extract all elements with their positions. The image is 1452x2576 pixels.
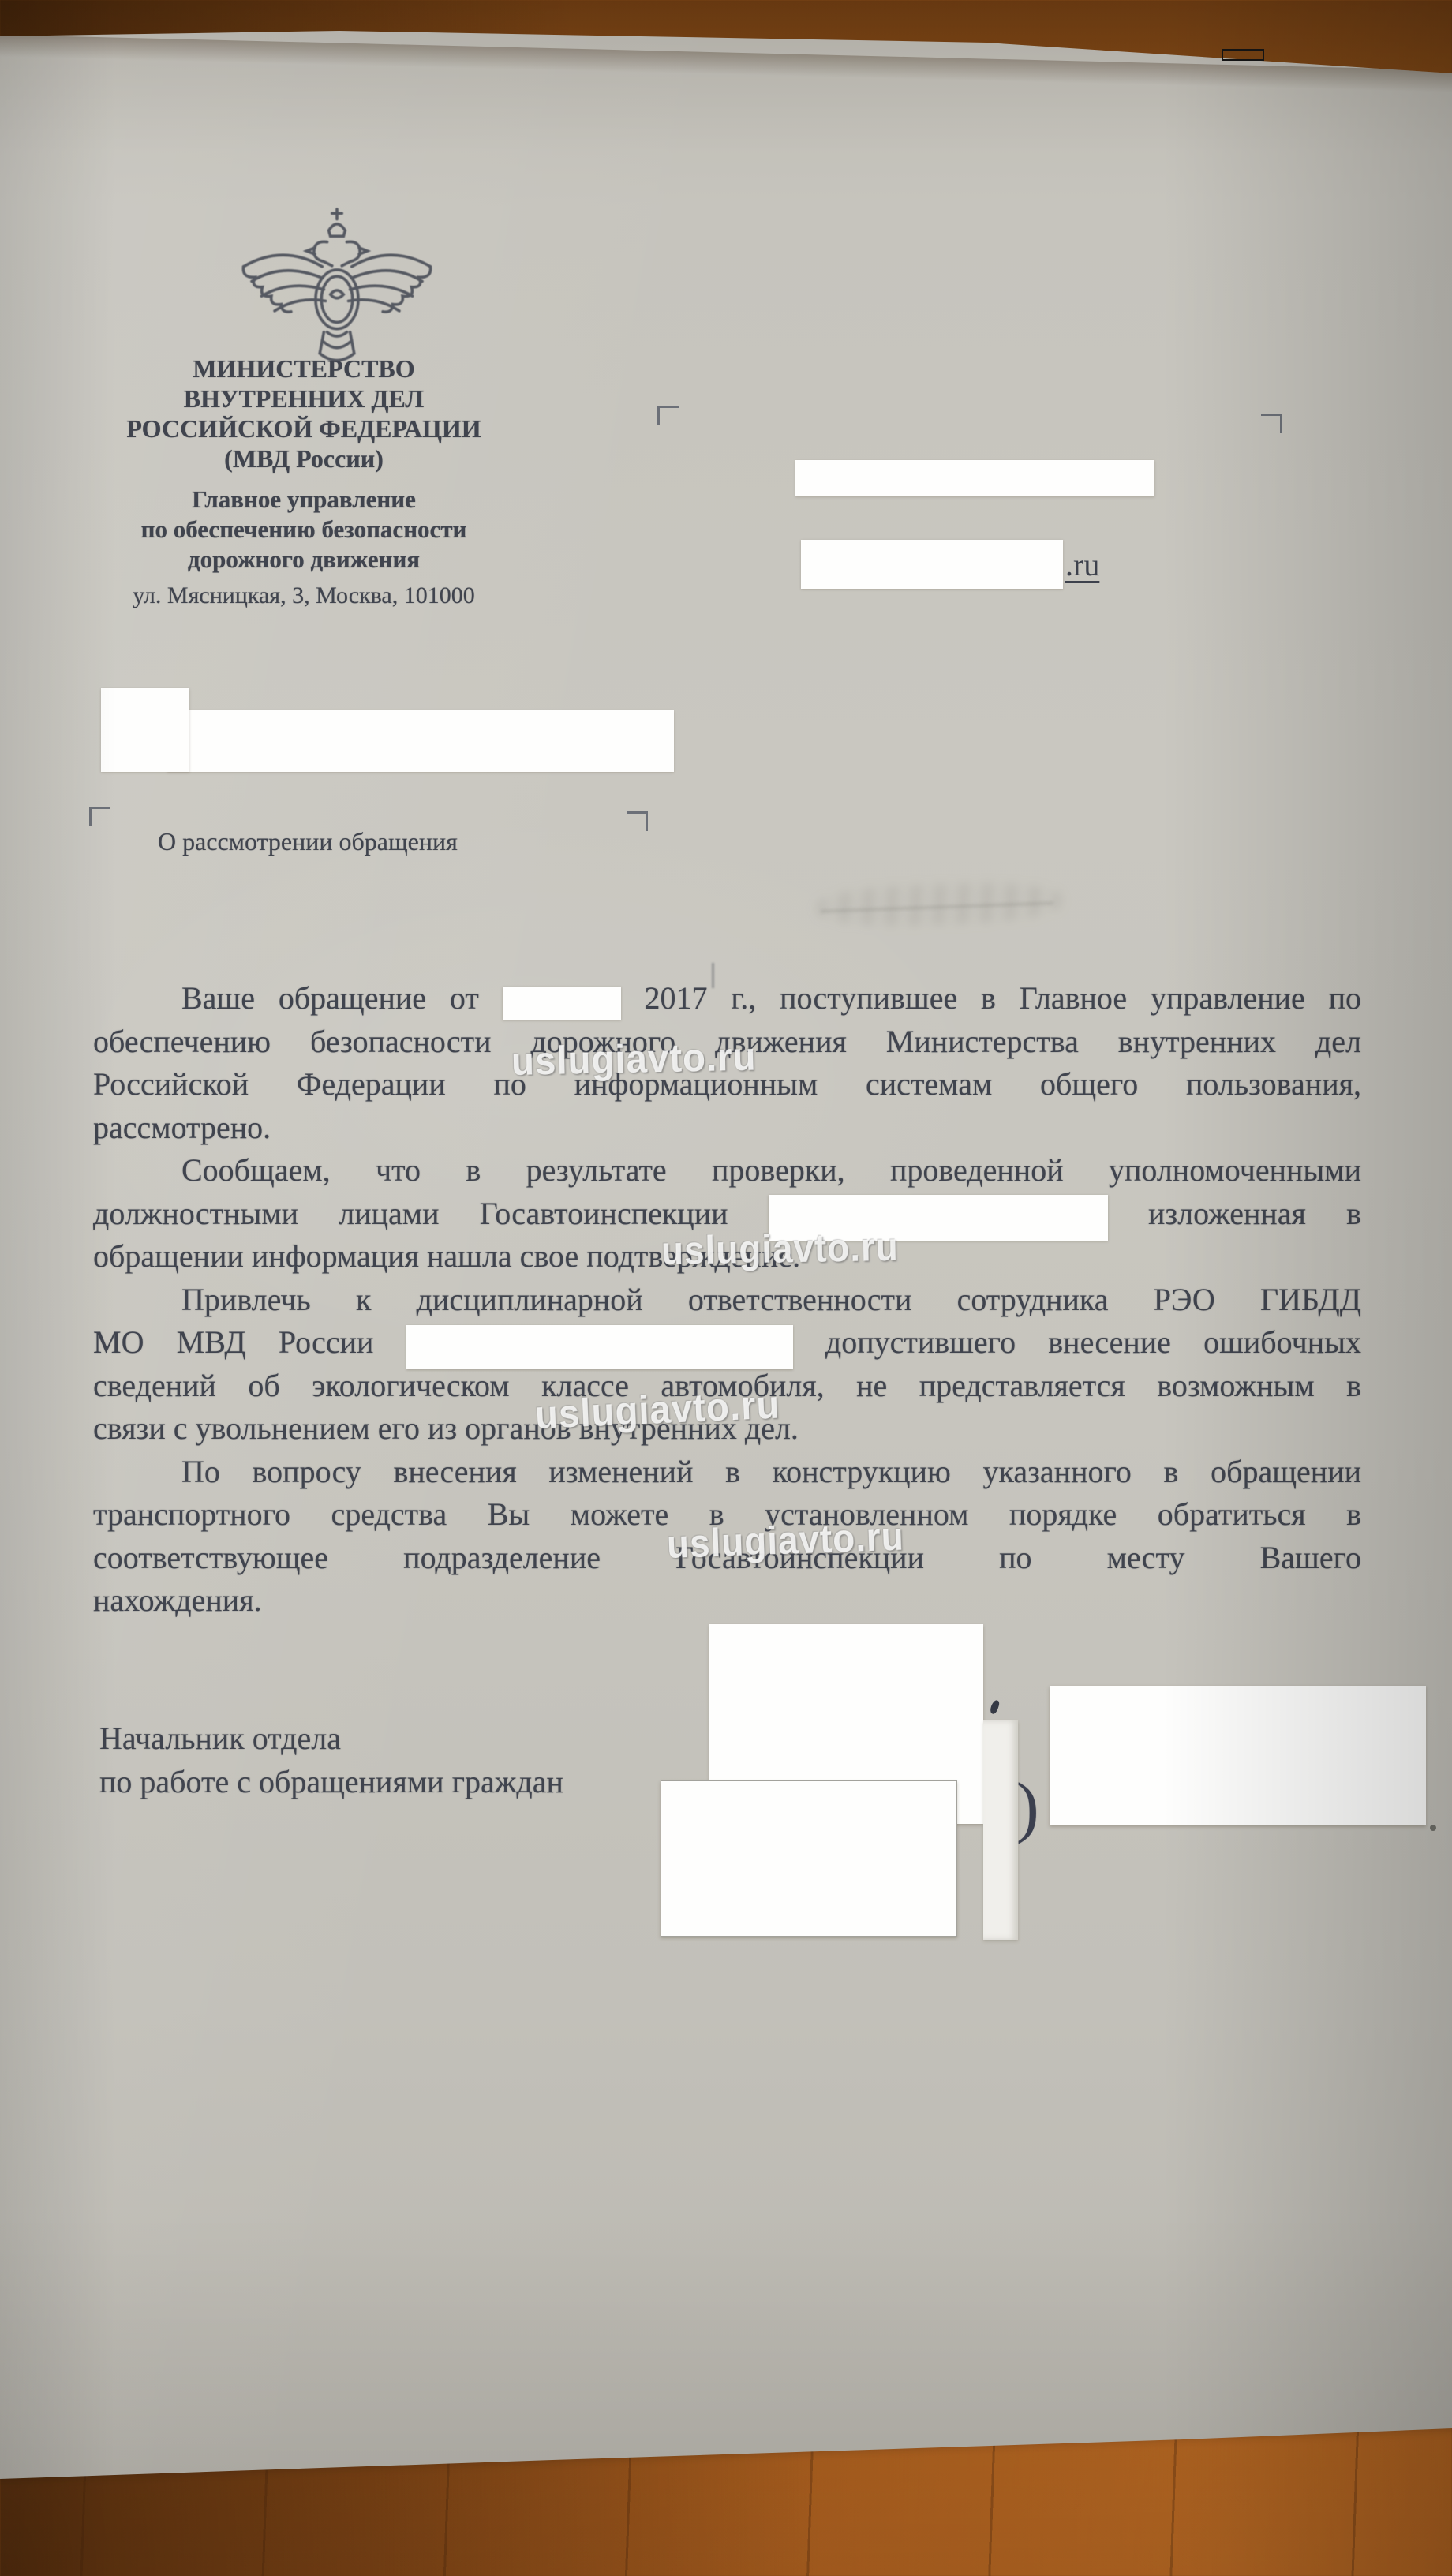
- field-corner-mark: [89, 807, 110, 826]
- redaction-recipient-line: [795, 460, 1154, 496]
- letterhead-address: ул. Мясницкая, 3, Москва, 101000: [75, 582, 533, 610]
- text-line: РОССИЙСКОЙ ФЕДЕРАЦИИ: [75, 414, 533, 444]
- redacted-date: [503, 987, 621, 1020]
- department-name: Главное управлениепо обеспечению безопас…: [75, 485, 533, 575]
- body-line: нахождения.: [93, 1579, 1361, 1623]
- body-line: Ваше обращение от 2017 г., поступившее в…: [93, 977, 1361, 1020]
- text-line: по работе с обращениями граждан: [99, 1761, 563, 1804]
- field-corner-mark: [627, 811, 648, 831]
- text-line: МИНИСТЕРСТВО: [75, 354, 533, 384]
- text-line: Главное управление: [75, 485, 533, 515]
- body-text: МО МВД России: [93, 1324, 373, 1360]
- body-text: Ваше обращение от: [181, 980, 479, 1016]
- text-line: (МВД России): [75, 444, 533, 474]
- body-text: По вопросу внесения изменений в конструк…: [181, 1454, 1361, 1489]
- site-watermark: uslugiavto.ru: [511, 1034, 757, 1084]
- body-text: нахождения.: [93, 1582, 262, 1618]
- body-text: допустившего внесение ошибочных: [825, 1324, 1361, 1360]
- pen-speck: [989, 1699, 1000, 1715]
- redaction-signer-name: [1050, 1686, 1426, 1825]
- site-watermark: uslugiavto.ru: [666, 1514, 905, 1567]
- photo-of-letter: МИНИСТЕРСТВОВНУТРЕННИХ ДЕЛРОССИЙСКОЙ ФЕД…: [0, 0, 1452, 2576]
- site-watermark: uslugiavto.ru: [661, 1224, 899, 1274]
- email-fragment: .ru: [1065, 546, 1099, 583]
- redaction-outgoing-stamp: [101, 688, 189, 772]
- text-line: дорожного движения: [75, 545, 533, 575]
- text-line: Начальник отдела: [99, 1717, 563, 1761]
- redaction-stamp-area: [661, 1780, 957, 1937]
- body-line: МО МВД России допустившего внесение ошиб…: [93, 1321, 1361, 1365]
- redaction-strip: [983, 1720, 1018, 1940]
- body-text: должностными лицами Госавтоинспекции: [93, 1196, 728, 1231]
- field-corner-mark: [1261, 414, 1282, 433]
- dust-speck: [1430, 1825, 1436, 1831]
- redacted-name: [406, 1325, 793, 1369]
- redaction-outgoing-number: [167, 710, 674, 772]
- body-text: рассмотрено.: [93, 1110, 271, 1145]
- field-corner-mark: [657, 406, 679, 425]
- document-sheet: МИНИСТЕРСТВОВНУТРЕННИХ ДЕЛРОССИЙСКОЙ ФЕД…: [0, 0, 1452, 2576]
- signer-title: Начальник отделапо работе с обращениями …: [99, 1717, 563, 1803]
- body-text: 2017 г., поступившее в Главное управлени…: [645, 980, 1361, 1016]
- letterhead: МИНИСТЕРСТВОВНУТРЕННИХ ДЕЛРОССИЙСКОЙ ФЕД…: [75, 354, 533, 610]
- body-text: Привлечь к дисциплинарной ответственност…: [181, 1282, 1361, 1317]
- parenthesis-mark: ): [1016, 1773, 1039, 1840]
- body-text: Сообщаем, что в результате проверки, про…: [181, 1152, 1361, 1188]
- subject-line: О рассмотрении обращения: [158, 827, 458, 856]
- text-line: ВНУТРЕННИХ ДЕЛ: [75, 384, 533, 414]
- body-line: рассмотрено.: [93, 1106, 1361, 1150]
- ministry-name: МИНИСТЕРСТВОВНУТРЕННИХ ДЕЛРОССИЙСКОЙ ФЕД…: [75, 354, 533, 474]
- body-text: изложенная в: [1148, 1196, 1361, 1231]
- redaction-email: [801, 540, 1063, 589]
- body-line: Привлечь к дисциплинарной ответственност…: [93, 1279, 1361, 1322]
- body-line: Сообщаем, что в результате проверки, про…: [93, 1149, 1361, 1193]
- paper-top-shadow: [0, 35, 1452, 92]
- outlined-rectangle-mark: [1222, 49, 1264, 61]
- body-line: По вопросу внесения изменений в конструк…: [93, 1451, 1361, 1494]
- text-line: по обеспечению безопасности: [75, 515, 533, 545]
